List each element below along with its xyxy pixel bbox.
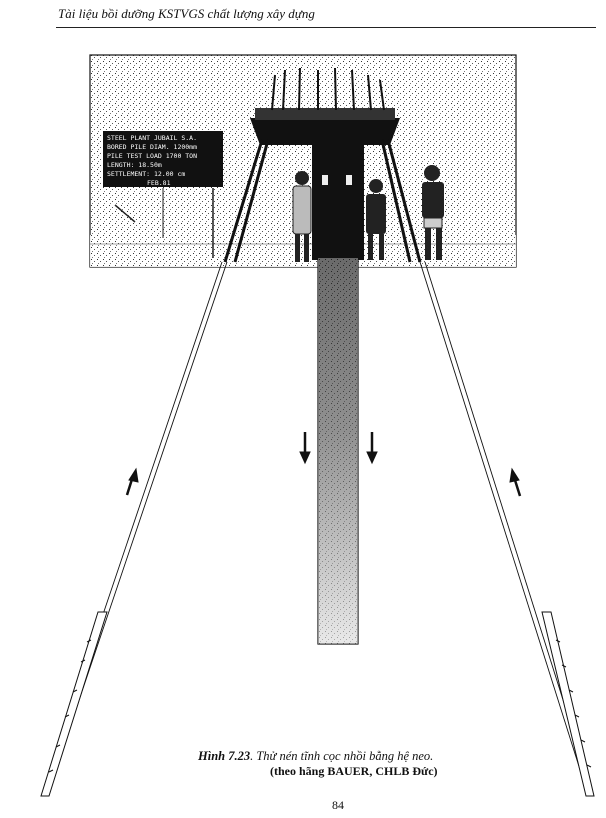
- sign-line: STEEL PLANT JUBAIL S.A.: [107, 134, 219, 143]
- pile-test-figure: [0, 0, 606, 818]
- test-info-sign: STEEL PLANT JUBAIL S.A. BORED PILE DIAM.…: [103, 131, 223, 187]
- figure-caption: Hình 7.23. Thử nén tĩnh cọc nhồi bằng hệ…: [198, 749, 433, 764]
- figure-label: Hình 7.23: [198, 749, 250, 763]
- page-number: 84: [332, 798, 344, 813]
- sign-line: PILE TEST LOAD 1700 TON: [107, 152, 219, 161]
- sign-line: FEB.81: [107, 179, 219, 188]
- sign-line: LENGTH: 18.50m: [107, 161, 219, 170]
- sign-line: SETTLEMENT: 12.00 cm: [107, 170, 219, 179]
- sign-line: BORED PILE DIAM. 1200mm: [107, 143, 219, 152]
- figure-caption-text: . Thử nén tĩnh cọc nhồi bằng hệ neo.: [250, 749, 433, 763]
- figure-source: (theo hãng BAUER, CHLB Đức): [270, 764, 438, 779]
